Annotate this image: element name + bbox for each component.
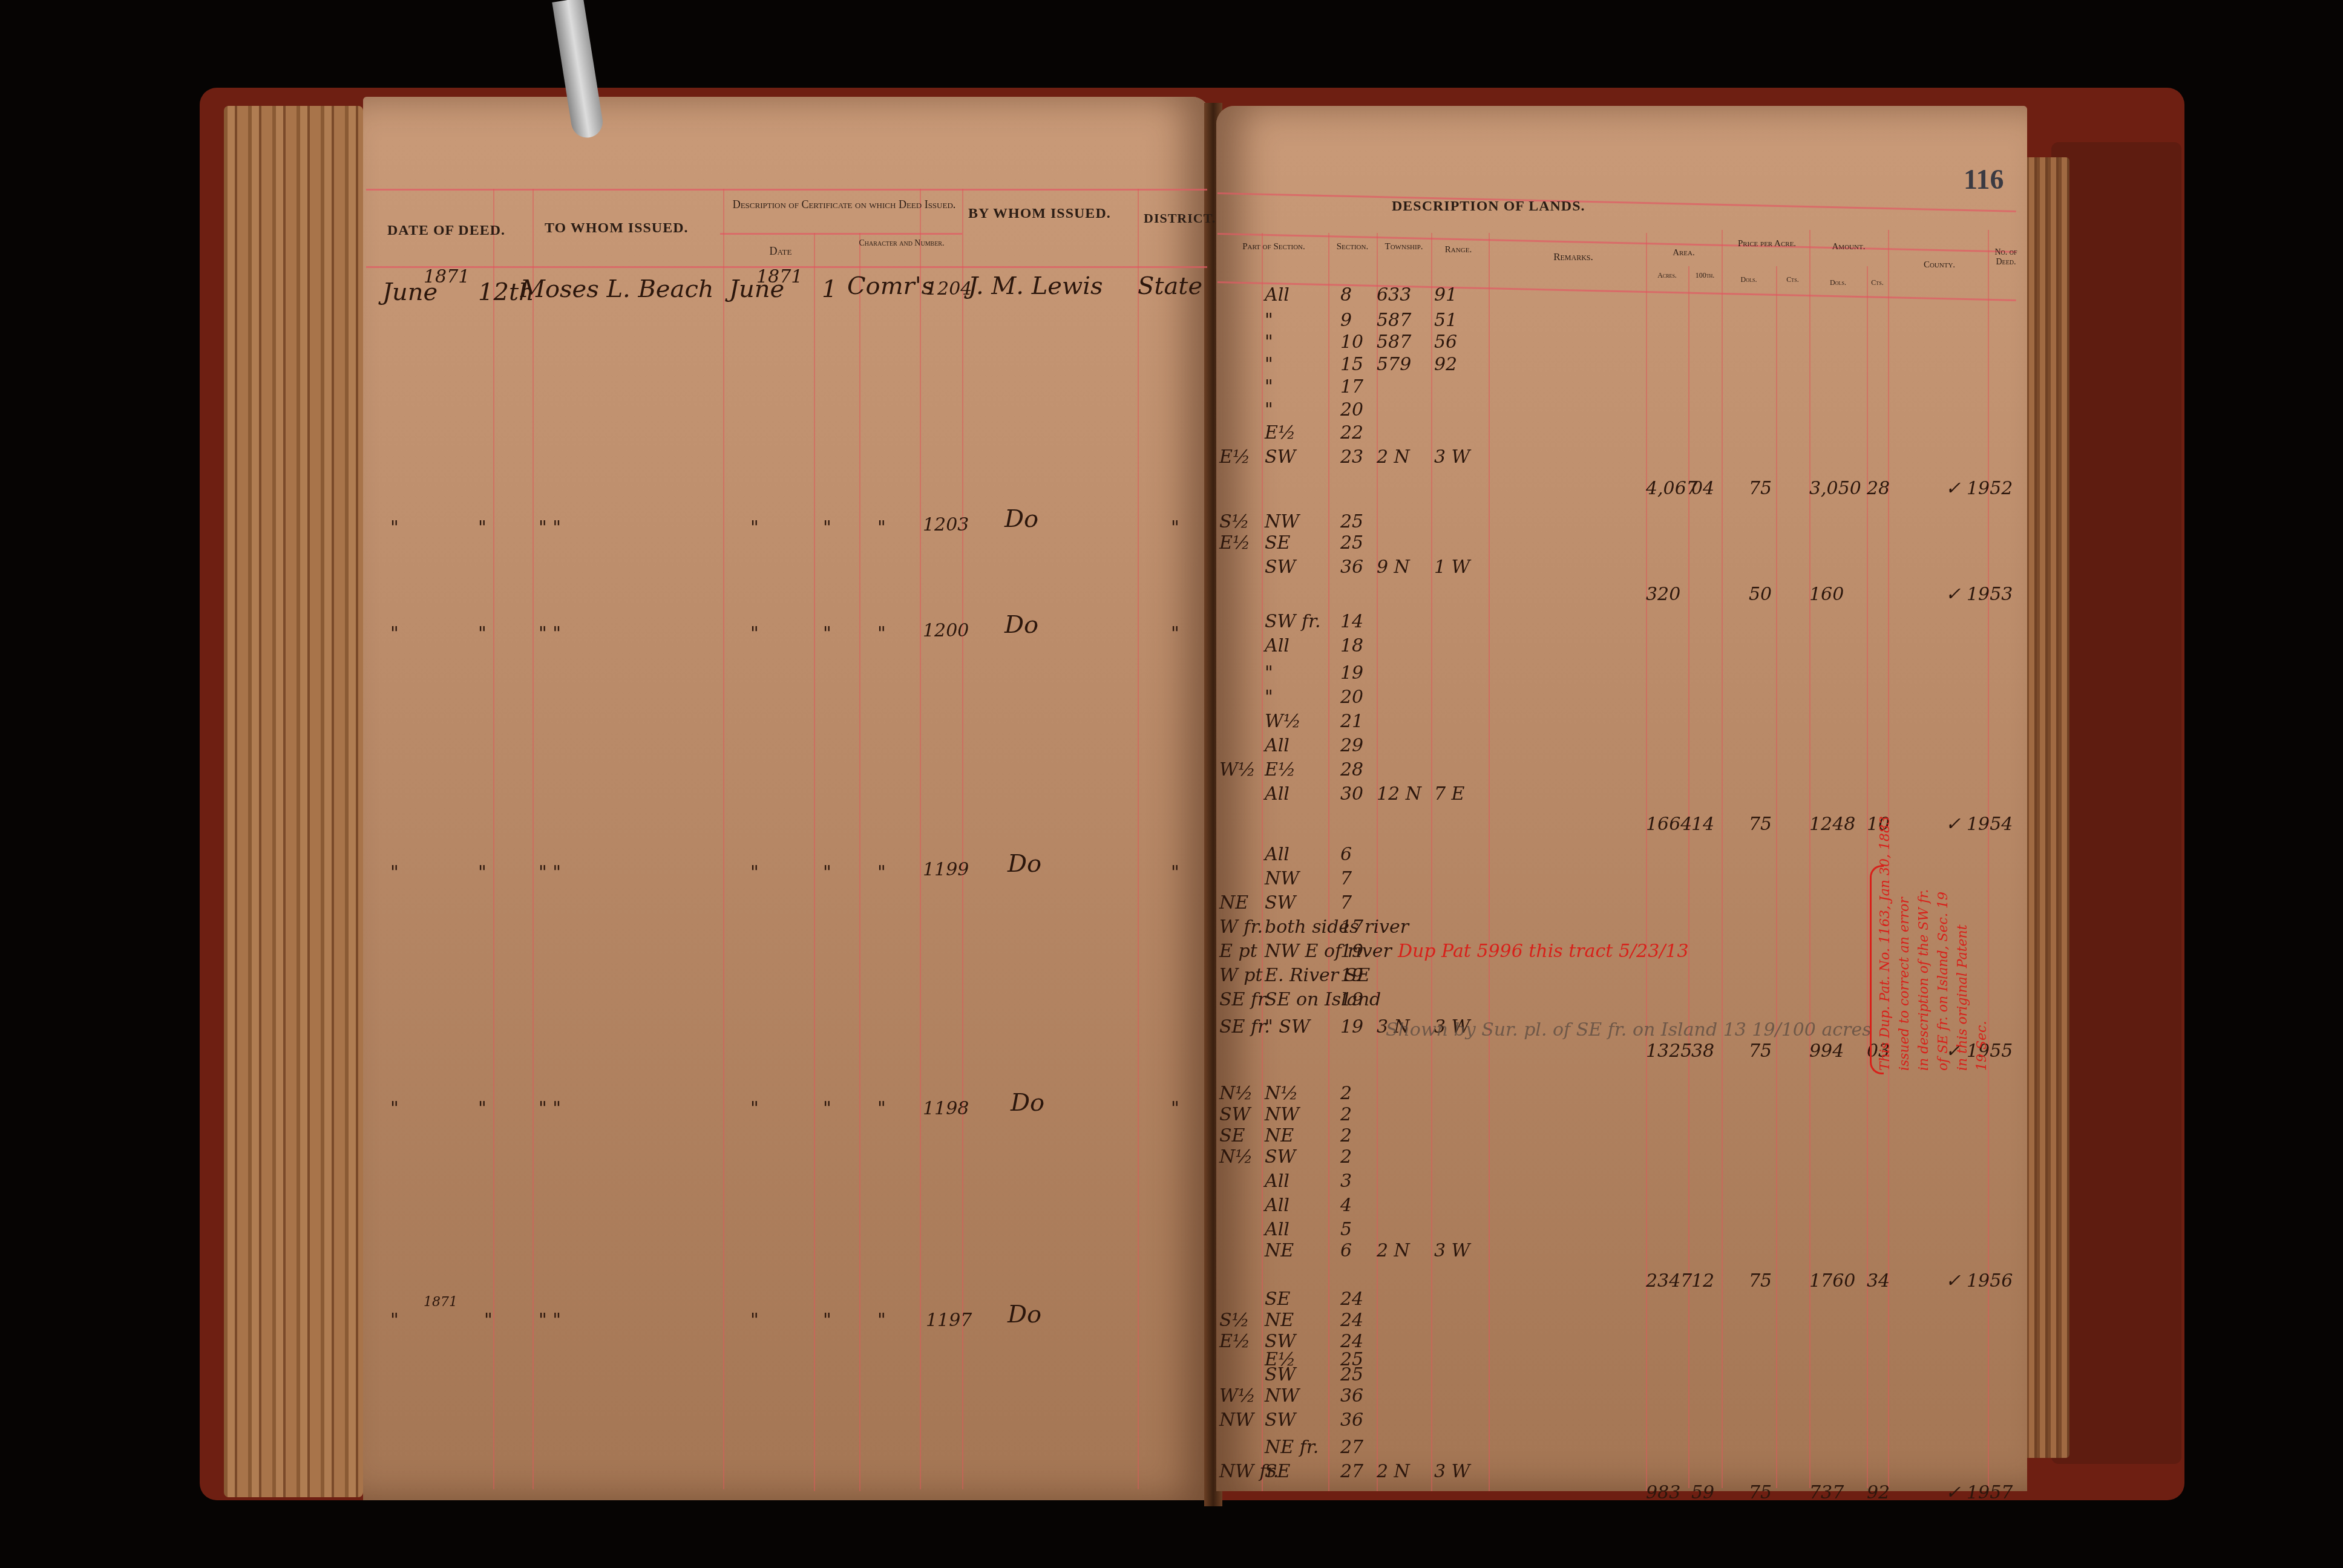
area-acres: 2347 [1646,1270,1692,1292]
section-number: 23 [1340,446,1363,468]
header-to-whom-issued: To Whom Issued. [545,220,689,237]
column-line [1328,233,1329,1491]
section-number: 17 [1340,376,1363,397]
ditto-mark: " [1171,1098,1179,1119]
ditto-mark: " " [539,862,561,883]
section-number: 20 [1340,399,1363,420]
township: 2 N [1377,446,1410,468]
range: 7 E [1434,783,1465,805]
header-amount-cts: Cts. [1867,278,1888,287]
section-number: 6 [1340,1240,1352,1261]
section-number: 19 [1340,662,1363,684]
sub-part: All [1265,735,1289,756]
right-page [1216,106,2027,1491]
ditto-mark: " [390,623,399,644]
section-number: 5 [1340,1219,1352,1240]
sub-part: NW [1265,511,1299,532]
header-section: Section. [1328,242,1377,252]
section-number: 14 [1340,611,1363,632]
remark-survey-plat: Shown by Sur. pl. of SE fr. on Island 13… [1386,1019,1872,1040]
header-area: Area. [1646,248,1722,258]
deed-number: 1952 [1967,478,2013,499]
section-number: 2 [1340,1083,1352,1104]
ditto-mark: " [877,862,886,883]
header-cert-date: Date [762,245,799,258]
sub-part: NE [1265,1310,1294,1331]
sub-part: SW [1265,1146,1296,1168]
header-part-of-section: Part of Section. [1228,242,1319,252]
part-of-section: W½ [1219,759,1256,780]
entry-issued-by: Do [1008,1301,1041,1328]
section-number: 2 [1340,1125,1352,1146]
section-number: 3 [1340,1171,1352,1192]
sub-part: NW [1265,868,1299,889]
township: 587 [1377,332,1411,353]
section-number: 18 [1340,635,1363,656]
amount-dols: 1760 [1809,1270,1855,1292]
ditto-mark: " [478,1098,487,1119]
deed-number: 1953 [1967,584,2013,605]
township: 579 [1377,354,1411,375]
sub-part: " [1265,662,1273,684]
ditto-mark: " [1171,623,1179,644]
amount-dols: 1248 [1809,814,1855,835]
ditto-mark: " [478,517,487,538]
header-township: Township. [1377,242,1431,252]
sub-part: SW [1265,892,1296,913]
column-line [1776,266,1777,1488]
column-line [1722,230,1723,1488]
section-number: 27 [1340,1437,1363,1458]
section-number: 24 [1340,1310,1363,1331]
column-line [962,189,963,1489]
column-line [1489,233,1490,1491]
header-price-cts: Cts. [1776,275,1809,284]
range: 51 [1434,310,1457,331]
ditto-mark: " [877,517,886,538]
margin-note-line: of SE fr. on Island, Sec. 19 [1934,841,1953,1071]
entry-month: June [382,278,437,306]
ditto-mark: " [750,1098,759,1119]
column-line [1138,189,1139,1489]
ditto-mark: " [484,1310,493,1331]
amount-cts: 92 [1867,1482,1890,1503]
header-district: District. [1144,211,1216,226]
ditto-mark: " [750,517,759,538]
sub-part: " [1265,332,1273,353]
entry-cert-month: June [729,275,784,303]
amount-dols: 737 [1809,1482,1844,1503]
section-number: 24 [1340,1289,1363,1310]
section-number: 7 [1340,892,1352,913]
column-line [920,189,921,1489]
township: 587 [1377,310,1411,331]
part-of-section: W pt [1219,965,1263,986]
sub-part: All [1265,1195,1289,1216]
sub-part: SW fr. [1265,611,1321,632]
ditto-mark: " [1171,517,1179,538]
township: 2 N [1377,1461,1410,1482]
amount-cts: 28 [1867,478,1890,499]
entry-cert-number: 1197 [926,1310,972,1331]
ditto-mark: " [750,1310,759,1331]
amount-dols: 994 [1809,1040,1844,1062]
part-of-section: SE fr. [1219,1016,1270,1037]
header-certificate: Description of Certificate on which Deed… [729,198,959,211]
header-acres: Acres. [1646,271,1688,280]
section-number: 21 [1340,711,1363,732]
deed-number: 1956 [1967,1270,2013,1292]
part-of-section: E½ [1219,1331,1250,1352]
part-of-section: E½ [1219,532,1250,554]
range: 3 W [1434,1240,1470,1261]
sub-part: All [1265,284,1289,305]
entry-cert-number: 1198 [923,1098,969,1119]
township: 2 N [1377,1240,1410,1261]
ditto-mark: " " [539,517,561,538]
part-of-section: NW [1219,1410,1254,1431]
section-number: 27 [1340,1461,1363,1482]
area-hundredths: 04 [1691,478,1714,499]
ditto-mark: " [390,1310,399,1331]
sub-part: E½ [1265,759,1296,780]
part-of-section: N½ [1219,1146,1253,1168]
header-hundredths: 100th. [1688,271,1722,280]
section-number: 2 [1340,1146,1352,1168]
area-hundredths: 59 [1691,1482,1714,1503]
section-number: 7 [1340,868,1352,889]
part-of-section: SW [1219,1104,1250,1125]
area-acres: 1325 [1646,1040,1692,1062]
amount-cts: 34 [1867,1270,1890,1292]
ditto-mark: " [823,1098,831,1119]
ditto-mark: " [823,862,831,883]
left-page [363,97,1210,1500]
check-mark: ✓ [1945,478,1961,499]
section-number: 19 [1340,965,1363,986]
check-mark: ✓ [1945,814,1961,835]
ditto-mark: " [823,623,831,644]
header-cert-character-number: Character and Number. [844,239,959,249]
area-hundredths: 14 [1691,814,1714,835]
part-of-section: E pt [1219,941,1257,962]
amount-dols: 3,050 [1809,478,1861,499]
ruling-line [366,189,1207,191]
header-by-whom-issued: By Whom Issued. [968,206,1111,222]
column-line [814,233,815,1491]
ditto-mark: " [750,862,759,883]
section-number: 25 [1340,532,1363,554]
deed-number: 1954 [1967,814,2013,835]
margin-note-line: in description of the SW fr. [1915,841,1934,1071]
section-number: 19 [1340,1016,1363,1037]
margin-note-line: 19 Sec. [1973,841,1992,1071]
section-number: 30 [1340,783,1363,805]
header-county: County. [1900,260,1979,270]
section-number: 19 [1340,989,1363,1010]
header-remarks: Remarks. [1513,251,1634,263]
section-number: 17 [1340,916,1363,938]
sub-part: SE [1265,1461,1290,1482]
ditto-mark: " [390,517,399,538]
price-per-acre: 75 [1749,1040,1772,1062]
section-number: 2 [1340,1104,1352,1125]
sub-part: SW [1265,446,1296,468]
section-number: 20 [1340,687,1363,708]
margin-note-line: issued to correct an error [1895,841,1915,1071]
sub-part: " [1265,310,1273,331]
column-line [1431,233,1432,1491]
sub-part: All [1265,1219,1289,1240]
ditto-mark: " " [539,1098,561,1119]
section-number: 36 [1340,557,1363,578]
range: 91 [1434,284,1457,305]
entry-cert-day: 1 [822,275,837,303]
column-line [1262,233,1263,1491]
section-number: 8 [1340,284,1352,305]
township: 12 N [1377,783,1421,805]
sub-part: SE on Island [1265,989,1381,1010]
sub-part: All [1265,1171,1289,1192]
header-range: Range. [1431,245,1486,255]
entry-district: State [1138,272,1202,300]
column-line [1688,266,1689,1488]
header-no-of-deed: No. of Deed. [1988,248,2024,267]
section-number: 36 [1340,1410,1363,1431]
entry-cert-number: 1203 [923,514,969,535]
deed-number: 1957 [1967,1482,2013,1503]
header-price-dols: Dols. [1722,275,1776,284]
sub-part: N½ [1265,1083,1298,1104]
sub-part: NE [1265,1240,1294,1261]
ditto-mark: " [390,1098,399,1119]
sub-part: NW E of river [1265,941,1392,962]
entry-issued-by: Do [1011,1089,1044,1117]
sub-part: All [1265,844,1289,865]
section-number: 25 [1340,1364,1363,1385]
header-date-of-deed: Date of Deed. [387,223,505,239]
area-hundredths: 38 [1691,1040,1714,1062]
page-number: 116 [1964,163,2004,195]
ditto-mark: " [750,623,759,644]
range: 3 W [1434,1461,1470,1482]
entry-year: 1871 [424,1295,457,1310]
price-per-acre: 75 [1749,1482,1772,1503]
sub-part: NE fr. [1265,1437,1319,1458]
book-cover-back [2051,142,2181,1464]
page-edges-left [224,106,363,1497]
section-number: 36 [1340,1385,1363,1406]
entry-cert-number: 1200 [923,620,969,641]
ditto-mark: " " [539,1310,561,1331]
entry-issued-by: J. M. Lewis [968,272,1103,300]
column-line [723,189,724,1489]
sub-part: SW [1265,1364,1296,1385]
column-line [1809,230,1810,1488]
sub-part: NE [1265,1125,1294,1146]
sub-part: SE [1265,1289,1290,1310]
section-number: 15 [1340,354,1363,375]
section-number: 19 [1340,941,1363,962]
margin-note-red: This Dup. Pat. No. 1163, Jan 30, 1883 is… [1876,841,1997,1071]
part-of-section: W fr. [1219,916,1263,938]
ditto-mark: " [478,862,487,883]
header-price-per-acre: Price per Acre. [1725,239,1809,249]
header-amount-dols: Dols. [1809,278,1867,287]
price-per-acre: 50 [1749,584,1772,605]
range: 92 [1434,354,1457,375]
ruling-line [720,233,962,235]
sub-part: " [1265,354,1273,375]
entry-cert-character: Comr's [847,272,934,300]
sub-part: All [1265,635,1289,656]
amount-dols: 160 [1809,584,1844,605]
sub-part: All [1265,783,1289,805]
entry-issued-by: Do [1004,611,1038,639]
part-of-section: N½ [1219,1083,1253,1104]
column-line [1646,233,1647,1491]
area-acres: 320 [1646,584,1680,605]
section-number: 29 [1340,735,1363,756]
part-of-section: NE [1219,892,1248,913]
column-line [532,189,534,1489]
ditto-mark: " [823,1310,831,1331]
sub-part: NW [1265,1385,1299,1406]
section-number: 6 [1340,844,1352,865]
check-mark: ✓ [1945,1270,1961,1292]
part-of-section: SE fr. [1219,989,1270,1010]
column-line [859,233,860,1491]
part-of-section: W½ [1219,1385,1256,1406]
section-number: 22 [1340,422,1363,443]
sub-part: W½ [1265,711,1301,732]
price-per-acre: 75 [1749,478,1772,499]
entry-cert-number: 1199 [923,859,969,880]
check-mark: ✓ [1945,1482,1961,1503]
column-line [1377,233,1378,1491]
part-of-section: S½ [1219,511,1250,532]
part-of-section: S½ [1219,1310,1250,1331]
margin-note-line: This Dup. Pat. No. 1163, Jan 30, 1883 [1876,841,1895,1071]
sub-part: NW [1265,1104,1299,1125]
ditto-mark: " [877,1098,886,1119]
check-mark: ✓ [1945,584,1961,605]
section-number: 28 [1340,759,1363,780]
entry-issued-by: Do [1004,505,1038,533]
sub-part: SW [1265,1410,1296,1431]
ditto-mark: " [390,862,399,883]
sub-part: " [1265,687,1273,708]
ditto-mark: " [1171,862,1179,883]
header-description-of-lands: Description of Lands. [1392,198,1585,215]
area-acres: 1664 [1646,814,1692,835]
entry-cert-number: 1204 [926,278,972,299]
area-acres: 4,067 [1646,478,1698,499]
section-number: 4 [1340,1195,1352,1216]
sub-part: " [1265,376,1273,397]
entry-name: Moses L. Beach [520,275,714,303]
range: 56 [1434,332,1457,353]
section-number: 9 [1340,310,1352,331]
margin-note-line: in this original Patent [1953,841,1973,1071]
part-of-section: SE [1219,1125,1245,1146]
price-per-acre: 75 [1749,1270,1772,1292]
ditto-mark: " " [539,623,561,644]
sub-part: " [1265,399,1273,420]
section-number: 25 [1340,511,1363,532]
area-acres: 983 [1646,1482,1680,1503]
range: 1 W [1434,557,1470,578]
ditto-mark: " [478,623,487,644]
ditto-mark: " [823,517,831,538]
section-number: 10 [1340,332,1363,353]
remark-duplicate-patent: Dup Pat 5996 this tract 5/23/13 [1398,941,1689,962]
sub-part: " SW [1265,1016,1310,1037]
price-per-acre: 75 [1749,814,1772,835]
part-of-section: E½ [1219,446,1250,468]
entry-issued-by: Do [1008,850,1041,878]
sub-part: SE [1265,532,1290,554]
column-line [1867,266,1868,1488]
sub-part: SW [1265,557,1296,578]
range: 3 W [1434,446,1470,468]
ditto-mark: " [877,623,886,644]
ditto-mark: " [877,1310,886,1331]
township: 633 [1377,284,1411,305]
column-line [493,189,494,1489]
header-amount: Amount. [1809,242,1888,252]
sub-part: both sides river [1265,916,1409,938]
area-hundredths: 12 [1691,1270,1714,1292]
sub-part: E½ [1265,422,1296,443]
township: 9 N [1377,557,1410,578]
